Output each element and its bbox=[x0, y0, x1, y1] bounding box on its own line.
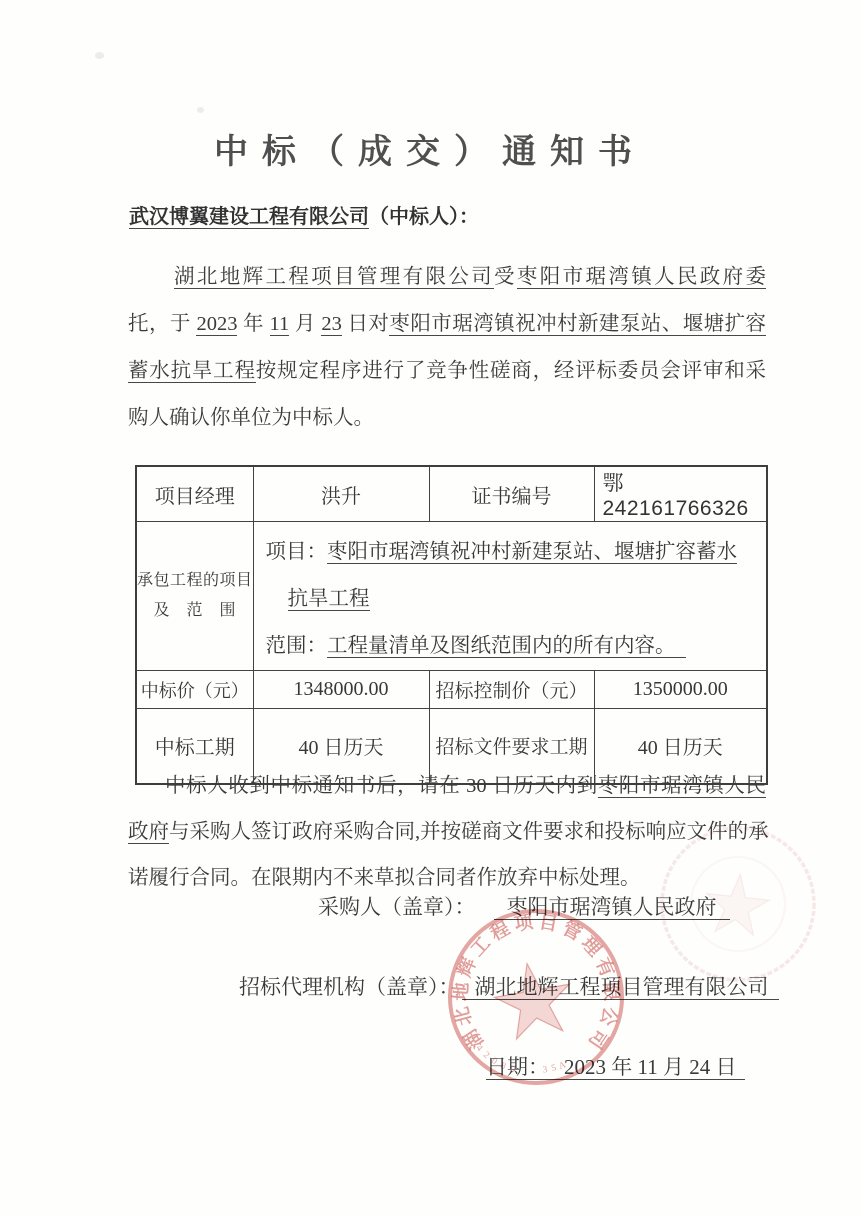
scope-header-line2: 及 范 围 bbox=[137, 596, 253, 626]
certificate-no-value: 鄂 242161766326 bbox=[594, 466, 767, 522]
scope-header-cell: 承包工程的项目 及 范 围 bbox=[136, 522, 253, 671]
plain-text: 诺履行合同。在限期内不来草拟合同者作放弃中标处理。 bbox=[128, 867, 641, 889]
plain-text: 月 bbox=[289, 313, 321, 335]
project-name-part1: 枣阳市琚湾镇祝冲村新建泵站、堰塘扩容蓄水 bbox=[327, 541, 737, 564]
scope-line: 范围：工程量清单及图纸范围内的所有内容。 bbox=[266, 623, 755, 670]
agency-seal-label: 招标代理机构（盖章）： bbox=[239, 975, 460, 999]
project-label: 项目： bbox=[266, 541, 328, 563]
underlined-text: 枣阳市琚湾镇人民 bbox=[598, 775, 766, 798]
bid-price-label: 中标价（元） bbox=[136, 671, 253, 709]
control-price-label: 招标控制价（元） bbox=[429, 671, 594, 709]
underlined-text: 蓄水抗旱工程 bbox=[128, 360, 256, 383]
underlined-text: 2023 bbox=[196, 313, 237, 336]
paragraph-line: 托，于 2023 年 11 月 23 日对枣阳市琚湾镇祝冲村新建泵站、堰塘扩容 bbox=[128, 301, 766, 348]
svg-text:工: 工 bbox=[468, 933, 496, 961]
buyer-name: 枣阳市琚湾镇人民政府 bbox=[494, 895, 730, 920]
addressee-line: 武汉博翼建设工程有限公司（中标人）： bbox=[129, 200, 479, 229]
project-line2: 抗旱工程 bbox=[266, 576, 755, 623]
plain-text: 购人确认你单位为中标人。 bbox=[128, 407, 374, 429]
underlined-text: 湖北地辉工程项目管理有限公司 bbox=[174, 266, 494, 289]
agency-name: 湖北地辉工程项目管理有限公司 bbox=[462, 975, 779, 1000]
project-manager-value: 洪升 bbox=[253, 466, 429, 522]
svg-text:4: 4 bbox=[473, 1043, 484, 1053]
buyer-signature-line: 采购人（盖章）：枣阳市琚湾镇人民政府 bbox=[318, 891, 730, 921]
date-line: 日期：2023 年 11 月 24 日 bbox=[486, 1051, 745, 1081]
project-line: 项目：枣阳市琚湾镇祝冲村新建泵站、堰塘扩容蓄水 bbox=[266, 529, 755, 576]
underlined-text: 政府 bbox=[128, 821, 169, 844]
scan-dust-speck bbox=[95, 52, 104, 59]
underlined-text: 枣阳市琚湾镇祝冲村新建泵站、堰塘扩容 bbox=[389, 313, 766, 336]
award-notice-paragraph: 湖北地辉工程项目管理有限公司受枣阳市琚湾镇人民政府委托，于 2023 年 11 … bbox=[128, 254, 766, 442]
paragraph-line: 湖北地辉工程项目管理有限公司受枣阳市琚湾镇人民政府委 bbox=[128, 254, 766, 301]
svg-text:司: 司 bbox=[584, 1025, 612, 1052]
control-price-value: 1350000.00 bbox=[594, 671, 767, 709]
scope-label: 范围： bbox=[266, 635, 328, 657]
paragraph-line: 政府与采购人签订政府采购合同,并按磋商文件要求和投标响应文件的承 bbox=[128, 809, 766, 855]
plain-text: 年 bbox=[237, 313, 269, 335]
plain-text: 日对 bbox=[342, 313, 389, 335]
table-row: 项目经理 洪升 证书编号 鄂 242161766326 bbox=[136, 466, 767, 522]
certificate-no-label: 证书编号 bbox=[429, 466, 594, 522]
plain-text: 与采购人签订政府采购合同,并按磋商文件要求和投标响应文件的承 bbox=[169, 821, 769, 843]
date-value: 2023 年 11 月 24 日 bbox=[564, 1055, 736, 1079]
addressee-suffix: （中标人）： bbox=[369, 206, 479, 228]
svg-text:公: 公 bbox=[595, 1005, 620, 1029]
paragraph-line: 购人确认你单位为中标人。 bbox=[128, 395, 766, 442]
plain-text: 托，于 bbox=[128, 313, 196, 335]
scanned-document-page: 中标（成交）通知书 武汉博翼建设工程有限公司（中标人）： 湖北地辉工程项目管理有… bbox=[0, 0, 860, 1216]
buyer-seal-label: 采购人（盖章）： bbox=[318, 895, 476, 919]
table-row: 承包工程的项目 及 范 围 项目：枣阳市琚湾镇祝冲村新建泵站、堰塘扩容蓄水 抗旱… bbox=[136, 522, 767, 671]
bid-price-value: 1348000.00 bbox=[253, 671, 429, 709]
paragraph-line: 蓄水抗旱工程按规定程序进行了竞争性磋商，经评标委员会评审和采 bbox=[128, 348, 766, 395]
plain-text: 中标人收到中标通知书后，请在 30 日历天内到 bbox=[165, 775, 598, 797]
plain-text: 受 bbox=[494, 266, 517, 288]
table-row: 中标价（元） 1348000.00 招标控制价（元） 1350000.00 bbox=[136, 671, 767, 709]
contract-instruction-paragraph: 中标人收到中标通知书后，请在 30 日历天内到枣阳市琚湾镇人民政府与采购人签订政… bbox=[128, 763, 766, 901]
svg-text:管: 管 bbox=[558, 917, 585, 945]
date-label: 日期： bbox=[486, 1055, 549, 1079]
agency-signature-line: 招标代理机构（盖章）：湖北地辉工程项目管理有限公司 bbox=[239, 971, 779, 1001]
project-manager-label: 项目经理 bbox=[136, 466, 253, 522]
scope-value: 工程量清单及图纸范围内的所有内容。 bbox=[327, 635, 686, 658]
winner-company-name: 武汉博翼建设工程有限公司 bbox=[129, 206, 369, 229]
document-title: 中标（成交）通知书 bbox=[0, 124, 860, 173]
paragraph-line: 中标人收到中标通知书后，请在 30 日历天内到枣阳市琚湾镇人民 bbox=[128, 763, 766, 809]
award-info-table: 项目经理 洪升 证书编号 鄂 242161766326 承包工程的项目 及 范 … bbox=[135, 465, 768, 785]
scope-header-line1: 承包工程的项目 bbox=[137, 566, 253, 596]
underlined-text: 枣阳市琚湾镇人民政府委 bbox=[517, 266, 766, 289]
project-scope-cell: 项目：枣阳市琚湾镇祝冲村新建泵站、堰塘扩容蓄水 抗旱工程 范围：工程量清单及图纸… bbox=[253, 522, 767, 671]
project-name-part2: 抗旱工程 bbox=[288, 588, 370, 611]
svg-text:程: 程 bbox=[487, 917, 514, 945]
svg-text:湖: 湖 bbox=[459, 1025, 488, 1053]
underlined-text: 11 bbox=[270, 313, 290, 336]
svg-text:北: 北 bbox=[451, 1004, 476, 1028]
underlined-text: 23 bbox=[321, 313, 342, 336]
svg-text:理: 理 bbox=[577, 933, 605, 961]
plain-text: 按规定程序进行了竞争性磋商，经评标委员会评审和采 bbox=[256, 360, 766, 382]
scan-dust-speck bbox=[197, 107, 204, 113]
